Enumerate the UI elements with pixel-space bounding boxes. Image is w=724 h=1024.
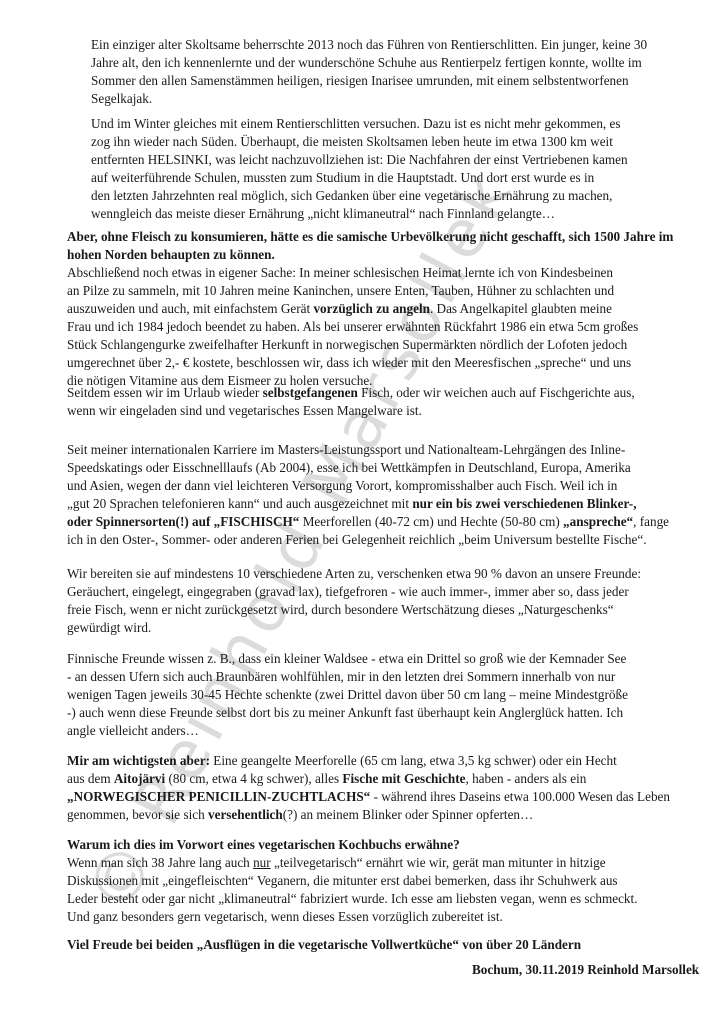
signature: Bochum, 30.11.2019 Reinhold Marsollek [472,962,699,978]
text-line: den letzten Jahrzehnten real möglich, si… [91,187,628,205]
text-line: Und ganz besonders gern vegetarisch, wen… [67,908,638,926]
text-span: „gut 20 Sprachen telefonieren kann“ und … [67,496,412,511]
bold-span: vorzüglich zu angeln [313,301,430,316]
text-line: ich in den Oster-, Sommer- oder anderen … [67,531,669,549]
bold-statement-line: hohen Norden behaupten zu können. [67,246,673,264]
text-span: Seitdem essen wir im Urlaub wieder [67,385,263,400]
text-line: Seit meiner internationalen Karriere im … [67,441,669,459]
text-line: „gut 20 Sprachen telefonieren kann“ und … [67,495,669,513]
text-line: genommen, bevor sie sich versehentlich(?… [67,806,670,824]
text-line: oder Spinnersorten(!) auf „FISCHISCH“ Me… [67,513,669,531]
paragraph-winter: Und im Winter gleiches mit einem Rentier… [91,115,628,223]
text-span: Fisch, oder wir weichen auch auf Fischge… [358,385,635,400]
text-line: Seitdem essen wir im Urlaub wieder selbs… [67,384,635,402]
text-span: Wenn man sich 38 Jahre lang auch [67,855,253,870]
text-line: Mir am wichtigsten aber: Eine geangelte … [67,752,670,770]
text-line: Geräuchert, eingelegt, eingegraben (grav… [67,583,641,601]
text-line: an Pilze zu sammeln, mit 10 Jahren meine… [67,282,673,300]
paragraph-zubereitung: Wir bereiten sie auf mindestens 10 versc… [67,565,641,637]
text-line: Stück Schlangengurke zweifelhafter Herku… [67,336,673,354]
text-line: gewürdigt wird. [67,619,641,637]
text-span: auszuweiden und auch, mit einfachstem Ge… [67,301,313,316]
paragraph-wichtigsten: Mir am wichtigsten aber: Eine geangelte … [67,752,670,824]
bold-span: Aitojärvi [114,771,165,786]
bold-span: versehentlich [208,807,283,822]
bold-span: oder Spinnersorten(!) auf „FISCHISCH“ [67,514,299,529]
text-line: Und im Winter gleiches mit einem Rentier… [91,115,628,133]
text-span: , haben - anders als ein [465,771,586,786]
text-line: Finnische Freunde wissen z. B., dass ein… [67,650,628,668]
text-line: Sommer den allen Samenstämmen heiligen, … [91,72,647,90]
text-line: freie Fisch, wenn er nicht zurückgesetzt… [67,601,641,619]
text-span: aus dem [67,771,114,786]
section-heading: Warum ich dies im Vorwort eines vegetari… [67,836,638,854]
document-page: © Reinhold Marsollek Ein einziger alter … [0,0,724,1024]
bold-span: „NORWEGISCHER PENICILLIN-ZUCHTLACHS“ [67,789,370,804]
text-line: - an dessen Ufern sich auch Braunbären w… [67,668,628,686]
text-span: . Das Angelkapitel glaubten meine [430,301,612,316]
text-line: „NORWEGISCHER PENICILLIN-ZUCHTLACHS“ - w… [67,788,670,806]
text-line: wenigen Tagen jeweils 30-45 Hechte schen… [67,686,628,704]
text-line: Diskussionen mit „eingefleischten“ Vegan… [67,872,638,890]
text-span: Meerforellen (40-72 cm) und Hechte (50-8… [299,514,563,529]
text-line: umgerechnet über 2,- € kostete, beschlos… [67,354,673,372]
bold-span: selbstgefangenen [263,385,358,400]
underlined-span: nur [253,855,271,870]
closing-line: Viel Freude bei beiden „Ausflügen in die… [67,936,581,954]
text-span: - während ihres Daseins etwa 100.000 Wes… [370,789,670,804]
text-line: Segelkajak. [91,90,647,108]
text-line: auszuweiden und auch, mit einfachstem Ge… [67,300,673,318]
paragraph-fleisch: Aber, ohne Fleisch zu konsumieren, hätte… [67,228,673,390]
bold-span: „anspreche“ [563,514,633,529]
text-line: auf weiterführende Schulen, mussten zum … [91,169,628,187]
text-span: (?) an meinem Blinker oder Spinner opfer… [283,807,533,822]
text-span: „teilvegetarisch“ ernährt wie wir, gerät… [271,855,606,870]
paragraph-karriere: Seit meiner internationalen Karriere im … [67,441,669,549]
text-line: aus dem Aitojärvi (80 cm, etwa 4 kg schw… [67,770,670,788]
text-line: Frau und ich 1984 jedoch beendet zu habe… [67,318,673,336]
text-line: Wenn man sich 38 Jahre lang auch nur „te… [67,854,638,872]
text-line: Abschließend noch etwas in eigener Sache… [67,264,673,282]
text-line: Leder besteht oder gar nicht „klimaneutr… [67,890,638,908]
text-line: Jahre alt, den ich kennenlernte und der … [91,54,647,72]
text-line: Ein einziger alter Skoltsame beherrschte… [91,36,647,54]
bold-span: Fische mit Geschichte [342,771,465,786]
text-line: -) auch wenn diese Freunde selbst dort b… [67,704,628,722]
paragraph-finnische-freunde: Finnische Freunde wissen z. B., dass ein… [67,650,628,740]
text-line: wenn wir eingeladen sind und vegetarisch… [67,402,635,420]
bold-span: nur ein bis zwei verschiedenen Blinker-, [412,496,636,511]
paragraph-closing: Viel Freude bei beiden „Ausflügen in die… [67,936,581,954]
text-span: genommen, bevor sie sich [67,807,208,822]
paragraph-skoltsame: Ein einziger alter Skoltsame beherrschte… [91,36,647,108]
bold-statement-line: Aber, ohne Fleisch zu konsumieren, hätte… [67,228,673,246]
text-line: angle vielleicht anders… [67,722,628,740]
text-line: Speedskatings oder Eisschnelllaufs (Ab 2… [67,459,669,477]
text-span: (80 cm, etwa 4 kg schwer), alles [165,771,342,786]
text-line: entfernten HELSINKI, was leicht nachzuvo… [91,151,628,169]
text-line: wenngleich das meiste dieser Ernährung „… [91,205,628,223]
bold-span: Mir am wichtigsten aber: [67,753,210,768]
text-line: und Asien, wegen der dann viel leichtere… [67,477,669,495]
text-span: Eine geangelte Meerforelle (65 cm lang, … [210,753,617,768]
text-line: Wir bereiten sie auf mindestens 10 versc… [67,565,641,583]
paragraph-vorwort: Warum ich dies im Vorwort eines vegetari… [67,836,638,926]
text-line: zog ihn wieder nach Süden. Überhaupt, di… [91,133,628,151]
text-span: , fange [633,514,669,529]
paragraph-seitdem: Seitdem essen wir im Urlaub wieder selbs… [67,384,635,420]
